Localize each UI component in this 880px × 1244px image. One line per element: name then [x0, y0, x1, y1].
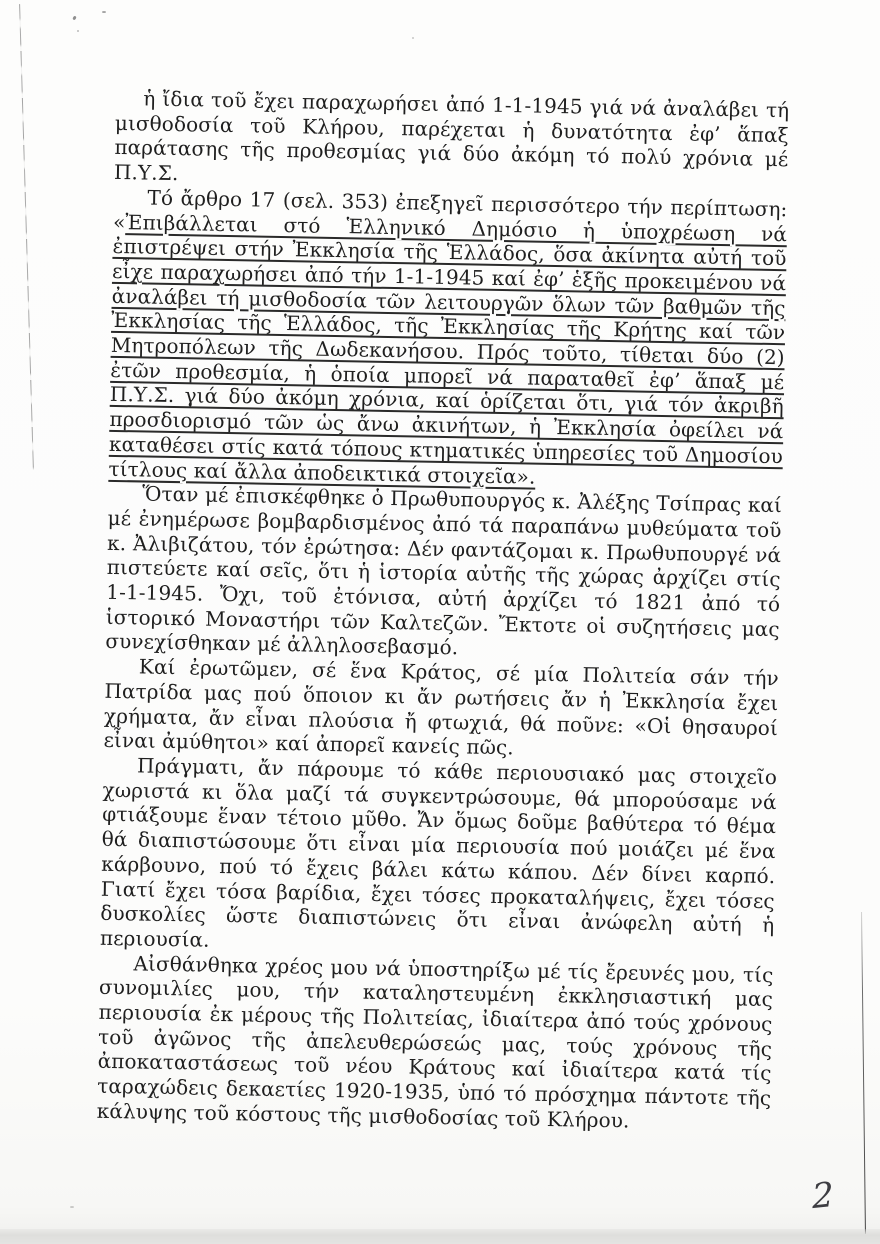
scan-artifact-left-line — [19, 4, 34, 470]
scanned-page: ἡ ἴδια τοῦ ἔχει παραχωρήσει ἀπό 1-1-1945… — [0, 0, 880, 1244]
paragraph-text: Καί ἐρωτῶμεν, σέ ἕνα Κράτος, σέ μία Πολι… — [103, 655, 779, 760]
paragraph-prime-minister: Ὅταν μέ ἐπισκέφθηκε ὁ Πρωθυπουργός κ. Ἀλ… — [105, 481, 782, 666]
scan-artifact-right-line — [861, 912, 866, 1234]
paragraph-text: Ὅταν μέ ἐπισκέφθηκε ὁ Πρωθυπουργός κ. Ἀλ… — [105, 482, 782, 660]
paragraph-text: ἡ ἴδια τοῦ ἔχει παραχωρήσει ἀπό 1-1-1945… — [114, 86, 790, 185]
scan-speck — [412, 37, 414, 39]
scan-speck — [70, 1206, 74, 1208]
scan-speck — [102, 11, 106, 13]
scan-speck — [77, 30, 79, 32]
paragraph-continued: ἡ ἴδια τοῦ ἔχει παραχωρήσει ἀπό 1-1-1945… — [114, 86, 790, 197]
scan-speck — [72, 16, 77, 21]
handwritten-page-number: 2 — [811, 1175, 834, 1217]
paragraph-duty: Αἰσθάνθηκα χρέος μου νά ὑποστηρίξω μέ τί… — [97, 950, 774, 1135]
underlined-passage: Ἐπιβάλλεται στό Ἑλληνικό Δημόσιο ἡ ὑποχρ… — [108, 210, 787, 489]
paragraph-text: Πράγματι, ἄν πάρουμε τό κάθε περιουσιακό… — [100, 753, 777, 951]
scan-bottom-edge-shadow — [0, 1229, 880, 1244]
paragraph-article-17: Τό ἄρθρο 17 (σελ. 353) ἐπεξηγεῖ περισσότ… — [108, 185, 787, 494]
paragraph-question: Καί ἐρωτῶμεν, σέ ἕνα Κράτος, σέ μία Πολι… — [103, 654, 779, 765]
paragraph-text: Αἰσθάνθηκα χρέος μου νά ὑποστηρίξω μέ τί… — [97, 951, 774, 1132]
paragraph-property-myth: Πράγματι, ἄν πάρουμε τό κάθε περιουσιακό… — [100, 753, 778, 963]
text-block: ἡ ἴδια τοῦ ἔχει παραχωρήσει ἀπό 1-1-1945… — [97, 86, 790, 1136]
